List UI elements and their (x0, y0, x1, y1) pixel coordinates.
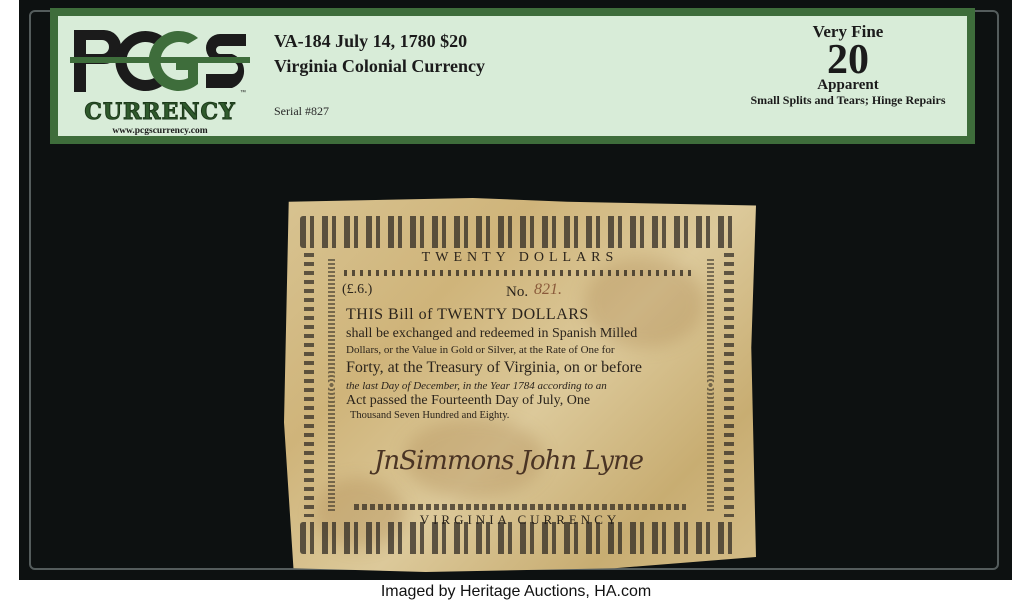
note-number-value: 821. (534, 281, 562, 299)
note-text-line: Thousand Seven Hundred and Eighty. (350, 410, 509, 421)
svg-text:™: ™ (240, 89, 246, 96)
note-number-label: No. (506, 284, 528, 301)
note-series-title: Virginia Colonial Currency (274, 56, 485, 77)
note-text-line: Forty, at the Treasury of Virginia, on o… (346, 359, 642, 377)
rosette-column-left (328, 258, 335, 512)
grade-comments: Small Splits and Tears; Hinge Repairs (733, 93, 963, 108)
chain-rule (354, 504, 686, 510)
serial-number: Serial #827 (274, 104, 329, 119)
logo-currency-word: CURRENCY (70, 99, 250, 125)
ornamental-border-top (300, 216, 740, 248)
note-text-line: Dollars, or the Value in Gold or Silver,… (346, 344, 615, 356)
image-credit: Imaged by Heritage Auctions, HA.com (0, 583, 1032, 601)
grading-label: ™ CURRENCY www.pcgscurrency.com VA-184 J… (50, 8, 975, 144)
grade-block: Very Fine 20 Apparent Small Splits and T… (733, 22, 963, 108)
ornamental-border-right (724, 253, 734, 517)
grade-number: 20 (733, 42, 963, 78)
note-denomination-pounds: (£.6.) (342, 282, 372, 298)
note-text-line: Act passed the Fourteenth Day of July, O… (346, 393, 590, 409)
note-signatures: JnSimmons John Lyne (374, 446, 643, 476)
grade-qualifier: Apparent (733, 78, 963, 93)
note-footer: VIRGINIA CURRENCY (284, 512, 756, 528)
note-text-line: the last Day of December, in the Year 17… (346, 380, 607, 392)
dot-rule (344, 270, 696, 276)
note-text-line: THIS Bill of TWENTY DOLLARS (346, 306, 589, 324)
logo-url: www.pcgscurrency.com (70, 126, 250, 136)
pcgs-currency-logo: ™ CURRENCY www.pcgscurrency.com (70, 26, 250, 138)
grading-label-inner: ™ CURRENCY www.pcgscurrency.com VA-184 J… (58, 16, 967, 136)
ornamental-border-left (304, 253, 314, 517)
note-heading: TWENTY DOLLARS (284, 250, 756, 266)
note-catalog-title: VA-184 July 14, 1780 $20 (274, 31, 467, 52)
banknote-image: TWENTY DOLLARS (£.6.) No. 821. THIS Bill… (284, 198, 756, 572)
pcgs-logo-icon: ™ (70, 26, 250, 96)
note-text-line: shall be exchanged and redeemed in Spani… (346, 326, 637, 342)
rosette-column-right (707, 258, 714, 512)
